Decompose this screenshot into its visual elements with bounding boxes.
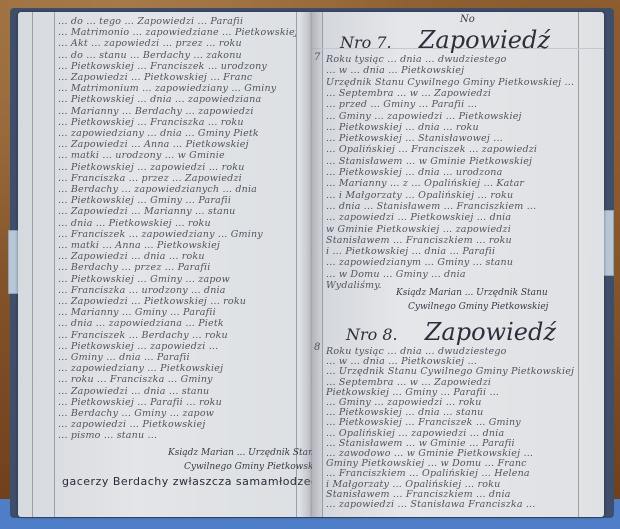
entry-7-title: Zapowiedź [419, 26, 550, 54]
left-page: ... do ... tego ... Zapowiedzi ... Paraf… [18, 12, 312, 517]
entry-8-number: Nro 8. [346, 325, 398, 344]
page-top-mark: No [460, 14, 475, 25]
entry-8-title: Zapowiedź [425, 318, 556, 346]
entry-7-number: Nro 7. [340, 33, 392, 52]
entry-8-heading: Nro 8. Zapowiedź [346, 318, 556, 346]
left-page-annotation: gacerzy Berdachy zwłaszcza samamłodzego [62, 475, 312, 488]
entry-7-signature-2: Cywilnego Gminy Pietkowskiej [408, 302, 548, 312]
left-signature-line-2: Cywilnego Gminy Pietkowskiej [184, 462, 312, 472]
left-page-right-rule [296, 12, 297, 517]
entry-7-signature-1: Ksiądz Marian ... Urzędnik Stanu [396, 288, 548, 298]
right-page: No Nro 7. Zapowiedź 7 Roku tysiąc ... dn… [312, 12, 604, 517]
handwritten-line: ... zapowiedzi ... Stanisława Franciszka… [326, 499, 576, 513]
handwritten-line: ... pismo ... stanu ... [58, 430, 296, 444]
book-gutter [300, 12, 324, 517]
entry-7-heading: Nro 7. Zapowiedź [340, 26, 550, 54]
right-page-right-rule [578, 12, 579, 517]
left-page-inner-margin-rule [54, 12, 55, 517]
left-page-margin-rule [32, 12, 33, 517]
left-signature-line-1: Ksiądz Marian ... Urzędnik Stanu [168, 448, 312, 458]
